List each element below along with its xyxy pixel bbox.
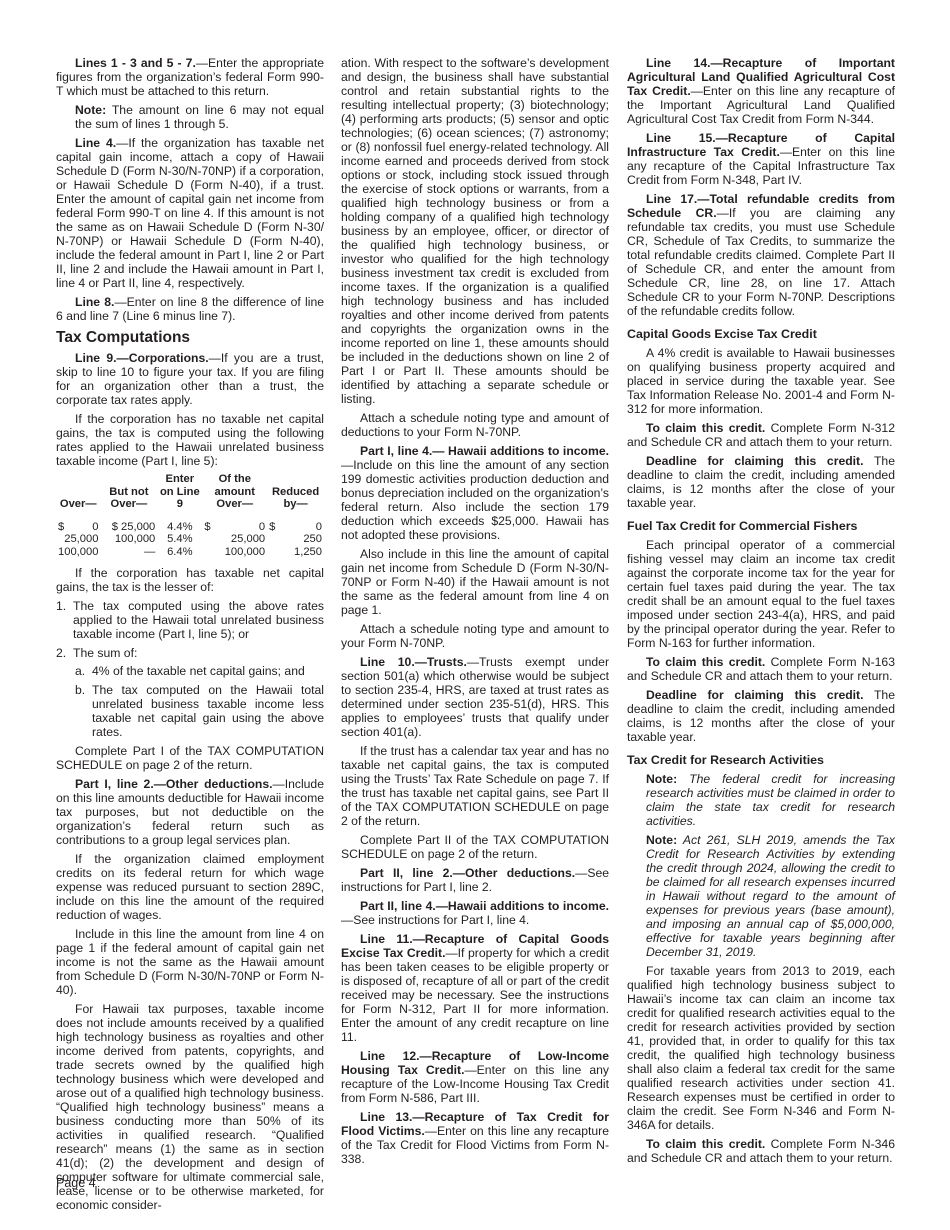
paragraph-heading: Line 9.—Corporations.	[75, 351, 209, 365]
paragraph-text: —If property for which a credit has been…	[341, 946, 609, 1044]
paragraph-part-1-line-2: Part I, line 2.—Other deductions.—Includ…	[56, 777, 324, 847]
list-item-text: 4% of the taxable net capital gains; and	[92, 664, 305, 678]
paragraph-deadline-fuel-tax: Deadline for claiming this credit. The d…	[627, 688, 895, 744]
paragraph-part-1-line-4: Part I, line 4.— Hawaii additions to inc…	[341, 444, 609, 542]
page-number: Page 4	[56, 1176, 96, 1190]
note-federal-credit: Note: The federal credit for increasing …	[646, 772, 895, 828]
note-label: Note:	[75, 103, 106, 117]
header-enter-on-line-9: Enter on Line 9	[157, 473, 202, 521]
table-row: $0 $ 25,000 4.4% $0 $0	[56, 521, 324, 534]
paragraph-heading: Part I, line 2.—Other deductions.	[75, 777, 273, 791]
cell-reduced-by: 250	[267, 533, 324, 546]
paragraph-claim-fuel-tax: To claim this credit. Complete Form N-16…	[627, 655, 895, 683]
subheading-fuel-tax: Fuel Tax Credit for Commercial Fishers	[627, 519, 895, 533]
paragraph-claim-research: To claim this credit. Complete Form N-34…	[627, 1137, 895, 1165]
paragraph-continued: ation. With respect to the software’s de…	[341, 56, 609, 406]
paragraph-attach-schedule-amount: Attach a schedule noting type and amount…	[341, 622, 609, 650]
column-1: Lines 1 - 3 and 5 - 7.—Enter the appropr…	[56, 56, 324, 1217]
note-label: Note:	[646, 833, 677, 847]
header-reduced-by: Reduced by—	[267, 473, 324, 521]
list-item-number: 1.	[56, 599, 66, 613]
paragraph-lines-1-3-5-7: Lines 1 - 3 and 5 - 7.—Enter the appropr…	[56, 56, 324, 98]
note-text: Act 261, SLH 2019, amends the Tax Credit…	[646, 833, 895, 959]
paragraph-text: —If you are claiming any refundable tax …	[627, 206, 895, 318]
lesser-of-list: 1.The tax computed using the above rates…	[56, 599, 324, 739]
paragraph-heading: Line 8.	[75, 295, 114, 309]
list-item: 1.The tax computed using the above rates…	[56, 599, 324, 641]
list-item-letter: b.	[75, 683, 85, 697]
paragraph-heading: Deadline for claiming this credit.	[646, 454, 864, 468]
paragraph-line-10-trusts: Line 10.—Trusts.—Trusts exempt under sec…	[341, 655, 609, 739]
cell-rate: 5.4%	[157, 533, 202, 546]
paragraph-include-line-4: Include in this line the amount from lin…	[56, 927, 324, 997]
paragraph-complete-part-1: Complete Part I of the TAX COMPUTATION S…	[56, 744, 324, 772]
note-label: Note:	[646, 772, 677, 786]
paragraph-line-14: Line 14.—Recapture of Important Agricult…	[627, 56, 895, 126]
paragraph-text: —If the organization has taxable net cap…	[56, 136, 324, 290]
paragraph-part-2-line-2: Part II, line 2.—Other deductions.—See i…	[341, 866, 609, 894]
paragraph-heading: To claim this credit.	[646, 1137, 765, 1151]
cell-over: $0	[56, 521, 100, 534]
paragraph-calendar-tax-year: If the trust has a calendar tax year and…	[341, 744, 609, 828]
paragraph-heading: Deadline for claiming this credit.	[646, 688, 864, 702]
subheading-research-activities: Tax Credit for Research Activities	[627, 753, 895, 767]
list-item-number: 2.	[56, 646, 66, 660]
table-row: 100,000 — 6.4% 100,000 1,250	[56, 546, 324, 559]
paragraph-research-description: For taxable years from 2013 to 2019, eac…	[627, 964, 895, 1132]
note-act-261: Note: Act 261, SLH 2019, amends the Tax …	[646, 833, 895, 959]
sum-of-sublist: a.4% of the taxable net capital gains; a…	[73, 664, 324, 739]
paragraph-fuel-tax-description: Each principal operator of a commercial …	[627, 538, 895, 650]
cell-value: 0	[92, 521, 98, 533]
column-2: ation. With respect to the software’s de…	[341, 56, 609, 1171]
cell-of-amount-over: 100,000	[202, 546, 267, 559]
paragraph-line-4: Line 4.—If the organization has taxable …	[56, 136, 324, 290]
paragraph-attach-schedule-deductions: Attach a schedule noting type and amount…	[341, 411, 609, 439]
cell-but-not-over: —	[100, 546, 157, 559]
paragraph-line-11: Line 11.—Recapture of Capital Goods Exci…	[341, 932, 609, 1044]
cell-but-not-over: $ 25,000	[100, 521, 157, 534]
cell-value: 0	[316, 521, 322, 533]
note-line-6: Note: The amount on line 6 may not equal…	[75, 103, 324, 131]
list-item-text: The sum of:	[73, 646, 137, 660]
paragraph-high-technology: For Hawaii tax purposes, taxable income …	[56, 1002, 324, 1212]
paragraph-line-17: Line 17.—Total refundable credits from S…	[627, 192, 895, 318]
paragraph-line-15: Line 15.—Recapture of Capital Infrastruc…	[627, 131, 895, 187]
list-item: b.The tax computed on the Hawaii total u…	[56, 683, 324, 739]
paragraph-heading: Part I, line 4.— Hawaii additions to inc…	[360, 444, 609, 458]
cell-reduced-by: $0	[267, 521, 324, 534]
subheading-capital-goods: Capital Goods Excise Tax Credit	[627, 327, 895, 341]
paragraph-capital-goods-description: A 4% credit is available to Hawaii busin…	[627, 346, 895, 416]
dollar-sign: $	[204, 521, 210, 534]
cell-reduced-by: 1,250	[267, 546, 324, 559]
corporate-rate-table: Over— But not Over— Enter on Line 9 Of t…	[56, 473, 324, 558]
header-of-amount-over: Of the amount Over—	[202, 473, 267, 521]
list-item: 2.The sum of: a.4% of the taxable net ca…	[56, 646, 324, 739]
paragraph-text: —See instructions for Part I, line 4.	[341, 913, 529, 927]
cell-value: 0	[259, 521, 265, 533]
paragraph-part-2-line-4: Part II, line 4.—Hawaii additions to inc…	[341, 899, 609, 927]
paragraph-line-9-corporations: Line 9.—Corporations.—If you are a trust…	[56, 351, 324, 407]
cell-over: 25,000	[56, 533, 100, 546]
cell-of-amount-over: 25,000	[202, 533, 267, 546]
paragraph-heading: Lines 1 - 3 and 5 - 7.	[75, 56, 196, 70]
cell-rate: 4.4%	[157, 521, 202, 534]
paragraph-claim-capital-goods: To claim this credit. Complete Form N-31…	[627, 421, 895, 449]
paragraph-heading: Line 10.—Trusts.	[360, 655, 467, 669]
section-heading-tax-computations: Tax Computations	[56, 329, 324, 347]
rate-table-header-row: Over— But not Over— Enter on Line 9 Of t…	[56, 473, 324, 521]
paragraph-heading: Line 4.	[75, 136, 116, 150]
paragraph-deadline-capital-goods: Deadline for claiming this credit. The d…	[627, 454, 895, 510]
paragraph-text: —Include on this line the amount of any …	[341, 458, 609, 542]
paragraph-line-12: Line 12.—Recapture of Low-Income Housing…	[341, 1049, 609, 1105]
column-3: Line 14.—Recapture of Important Agricult…	[627, 56, 895, 1170]
paragraph-employment-credits: If the organization claimed employment c…	[56, 852, 324, 922]
paragraph-also-include: Also include in this line the amount of …	[341, 547, 609, 617]
list-item-letter: a.	[75, 664, 85, 678]
paragraph-heading: Part II, line 2.—Other deductions.	[360, 866, 575, 880]
table-row: 25,000 100,000 5.4% 25,000 250	[56, 533, 324, 546]
note-text: The federal credit for increasing resear…	[646, 772, 895, 828]
cell-over: 100,000	[56, 546, 100, 559]
cell-but-not-over: 100,000	[100, 533, 157, 546]
note-text: The amount on line 6 may not equal the s…	[75, 103, 324, 131]
paragraph-heading: To claim this credit.	[646, 421, 765, 435]
dollar-sign: $	[269, 521, 275, 534]
list-item-text: The tax computed using the above rates a…	[73, 599, 324, 641]
paragraph-line-13: Line 13.—Recapture of Tax Credit for Flo…	[341, 1110, 609, 1166]
paragraph-line-8: Line 8.—Enter on line 8 the difference o…	[56, 295, 324, 323]
paragraph-complete-part-2: Complete Part II of the TAX COMPUTATION …	[341, 833, 609, 861]
header-but-not-over: But not Over—	[100, 473, 157, 521]
header-over: Over—	[56, 473, 100, 521]
list-item: a.4% of the taxable net capital gains; a…	[56, 664, 324, 678]
cell-rate: 6.4%	[157, 546, 202, 559]
dollar-sign: $	[58, 521, 64, 534]
paragraph-heading: To claim this credit.	[646, 655, 765, 669]
paragraph-no-capital-gains: If the corporation has no taxable net ca…	[56, 412, 324, 468]
cell-of-amount-over: $0	[202, 521, 267, 534]
list-item-text: The tax computed on the Hawaii total unr…	[92, 683, 324, 739]
paragraph-heading: Part II, line 4.—Hawaii additions to inc…	[360, 899, 609, 913]
paragraph-with-capital-gains: If the corporation has taxable net capit…	[56, 566, 324, 594]
